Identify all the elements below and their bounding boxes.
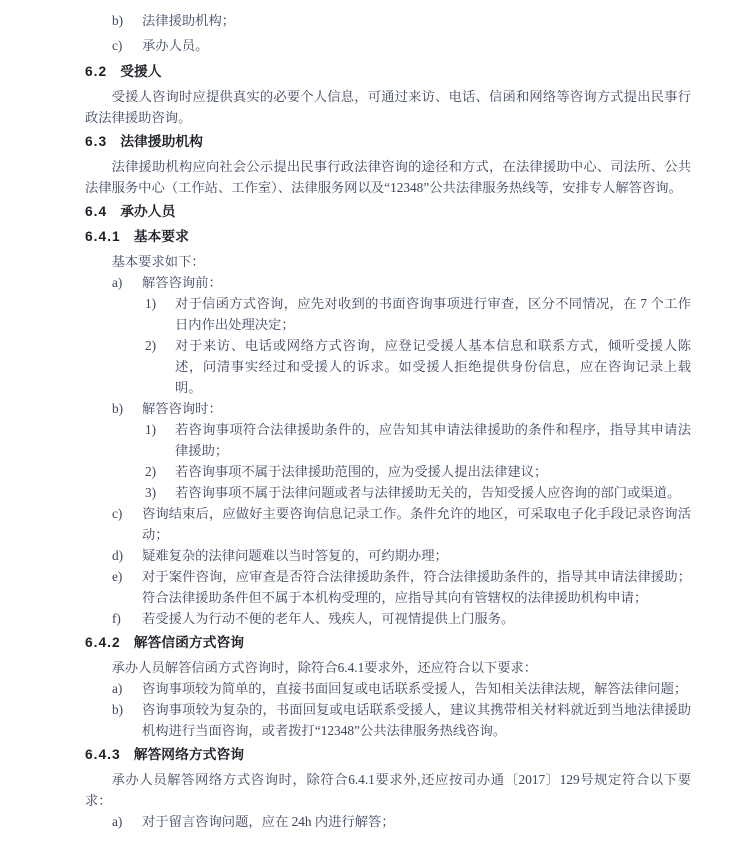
list-6-4-2: a)咨询事项较为简单的，直接书面回复或电话联系受援人，告知相关法律法规，解答法律… xyxy=(85,678,691,741)
list-item-text: 咨询事项较为简单的，直接书面回复或电话联系受援人，告知相关法律法规，解答法律问题… xyxy=(142,681,687,696)
sublist-item-1: 1)若咨询事项符合法律援助条件的，应告知其申请法律援助的条件和程序，指导其申请法… xyxy=(85,419,691,461)
section-title: 法律援助机构 xyxy=(120,134,203,149)
list-item-text: 咨询事项较为复杂的，书面回复或电话联系受援人，建议其携带相关材料就近到当地法律援… xyxy=(142,702,691,738)
list-item-text: 对于留言咨询问题，应在 24h 内进行解答； xyxy=(142,814,395,829)
list-item-text: 咨询结束后，应做好主要咨询信息记录工作。条件允许的地区，可采取电子化手段记录咨询… xyxy=(142,506,691,542)
paragraph-6-3: 法律援助机构应向社会公示提出民事行政法律咨询的途径和方式，在法律援助中心、司法所… xyxy=(85,156,691,198)
section-title: 基本要求 xyxy=(134,229,189,244)
sublist-a: 1)对于信函方式咨询，应先对收到的书面咨询事项进行审查，区分不同情况，在 7 个… xyxy=(85,293,691,398)
list-item-label: 3) xyxy=(145,482,156,503)
list-item-label: d) xyxy=(112,545,123,566)
list-item-a: a)咨询事项较为简单的，直接书面回复或电话联系受援人，告知相关法律法规，解答法律… xyxy=(85,678,691,699)
list-item-text: 解答咨询时： xyxy=(142,401,222,416)
list-item-label: a) xyxy=(112,811,122,832)
section-heading-6-3: 6.3法律援助机构 xyxy=(85,131,691,152)
list-item-label: b) xyxy=(112,398,123,419)
section-title: 承办人员 xyxy=(120,204,175,219)
section-title: 受援人 xyxy=(120,64,161,79)
sublist-item-3: 3)若咨询事项不属于法律问题或者与法律援助无关的，告知受援人应咨询的部门或渠道。 xyxy=(85,482,691,503)
list-item-text: 承办人员。 xyxy=(142,38,208,53)
list-item-b: b)解答咨询时： xyxy=(85,398,691,419)
list-item-label: c) xyxy=(112,503,122,524)
list-item-label: b) xyxy=(112,699,123,720)
list-item-label: b) xyxy=(112,8,123,33)
section-number: 6.4.3 xyxy=(85,744,121,765)
list-item-label: 2) xyxy=(145,335,156,356)
section-title: 解答网络方式咨询 xyxy=(134,747,244,762)
section-number: 6.2 xyxy=(85,61,107,82)
lead-paragraph-6-4-3: 承办人员解答网络方式咨询时，除符合6.4.1要求外,还应按司办通〔2017〕12… xyxy=(85,769,691,811)
list-item-text: 法律援助机构； xyxy=(142,13,235,28)
section-heading-6-4-1: 6.4.1基本要求 xyxy=(85,226,691,247)
list-item-e: e)对于案件咨询，应审查是否符合法律援助条件，符合法律援助条件的，指导其申请法律… xyxy=(85,566,691,608)
continued-list: b)法律援助机构； c)承办人员。 xyxy=(85,8,691,58)
sublist-b: 1)若咨询事项符合法律援助条件的，应告知其申请法律援助的条件和程序，指导其申请法… xyxy=(85,419,691,503)
list-item-label: 1) xyxy=(145,419,156,440)
section-number: 6.4 xyxy=(85,201,107,222)
list-item-label: 2) xyxy=(145,461,156,482)
section-heading-6-2: 6.2受援人 xyxy=(85,61,691,82)
list-item-a: a)对于留言咨询问题，应在 24h 内进行解答； xyxy=(85,811,691,832)
list-item-a: a)解答咨询前： xyxy=(85,272,691,293)
list-item-label: f) xyxy=(112,608,121,629)
sublist-item-2: 2)对于来访、电话或网络方式咨询，应登记受援人基本信息和联系方式，倾听受援人陈述… xyxy=(85,335,691,398)
section-heading-6-4-3: 6.4.3解答网络方式咨询 xyxy=(85,744,691,765)
list-item-d: d)疑难复杂的法律问题难以当时答复的，可约期办理； xyxy=(85,545,691,566)
list-item-label: a) xyxy=(112,678,122,699)
list-item-label: 1) xyxy=(145,293,156,314)
lead-paragraph-6-4-2: 承办人员解答信函方式咨询时，除符合6.4.1要求外，还应符合以下要求： xyxy=(85,657,691,678)
list-item-label: e) xyxy=(112,566,122,587)
list-6-4-1: a)解答咨询前： 1)对于信函方式咨询，应先对收到的书面咨询事项进行审查，区分不… xyxy=(85,272,691,629)
section-number: 6.4.2 xyxy=(85,632,121,653)
list-item-label: c) xyxy=(112,33,122,58)
section-number: 6.3 xyxy=(85,131,107,152)
list-item-text: 疑难复杂的法律问题难以当时答复的，可约期办理； xyxy=(142,548,448,563)
list-item-text: 若咨询事项不属于法律问题或者与法律援助无关的，告知受援人应咨询的部门或渠道。 xyxy=(175,485,680,500)
list-item-text: 若受援人为行动不便的老年人、残疾人，可视情提供上门服务。 xyxy=(142,611,514,626)
sublist-item-1: 1)对于信函方式咨询，应先对收到的书面咨询事项进行审查，区分不同情况，在 7 个… xyxy=(85,293,691,335)
list-item-f: f)若受援人为行动不便的老年人、残疾人，可视情提供上门服务。 xyxy=(85,608,691,629)
sublist-item-2: 2)若咨询事项不属于法律援助范围的，应为受援人提出法律建议； xyxy=(85,461,691,482)
section-heading-6-4-2: 6.4.2解答信函方式咨询 xyxy=(85,632,691,653)
list-item-text: 对于来访、电话或网络方式咨询，应登记受援人基本信息和联系方式，倾听受援人陈述，问… xyxy=(175,338,691,395)
section-heading-6-4: 6.4承办人员 xyxy=(85,201,691,222)
list-item-text: 解答咨询前： xyxy=(142,275,222,290)
list-item-b: b)咨询事项较为复杂的，书面回复或电话联系受援人，建议其携带相关材料就近到当地法… xyxy=(85,699,691,741)
list-item-text: 对于案件咨询，应审查是否符合法律援助条件，符合法律援助条件的，指导其申请法律援助… xyxy=(142,569,691,605)
section-title: 解答信函方式咨询 xyxy=(134,635,244,650)
lead-paragraph-6-4-1: 基本要求如下： xyxy=(85,251,691,272)
list-item-text: 若咨询事项符合法律援助条件的，应告知其申请法律援助的条件和程序，指导其申请法律援… xyxy=(175,422,691,458)
list-item-c: c)咨询结束后，应做好主要咨询信息记录工作。条件允许的地区，可采取电子化手段记录… xyxy=(85,503,691,545)
list-item-label: a) xyxy=(112,272,122,293)
section-number: 6.4.1 xyxy=(85,226,121,247)
list-6-4-3: a)对于留言咨询问题，应在 24h 内进行解答； xyxy=(85,811,691,832)
list-item-c: c)承办人员。 xyxy=(85,33,691,58)
list-item-text: 对于信函方式咨询，应先对收到的书面咨询事项进行审查，区分不同情况，在 7 个工作… xyxy=(175,296,691,332)
list-item-b: b)法律援助机构； xyxy=(85,8,691,33)
document-page: b)法律援助机构； c)承办人员。 6.2受援人 受援人咨询时应提供真实的必要个… xyxy=(0,0,751,856)
paragraph-6-2: 受援人咨询时应提供真实的必要个人信息，可通过来访、电话、信函和网络等咨询方式提出… xyxy=(85,86,691,128)
list-item-text: 若咨询事项不属于法律援助范围的，应为受援人提出法律建议； xyxy=(175,464,547,479)
